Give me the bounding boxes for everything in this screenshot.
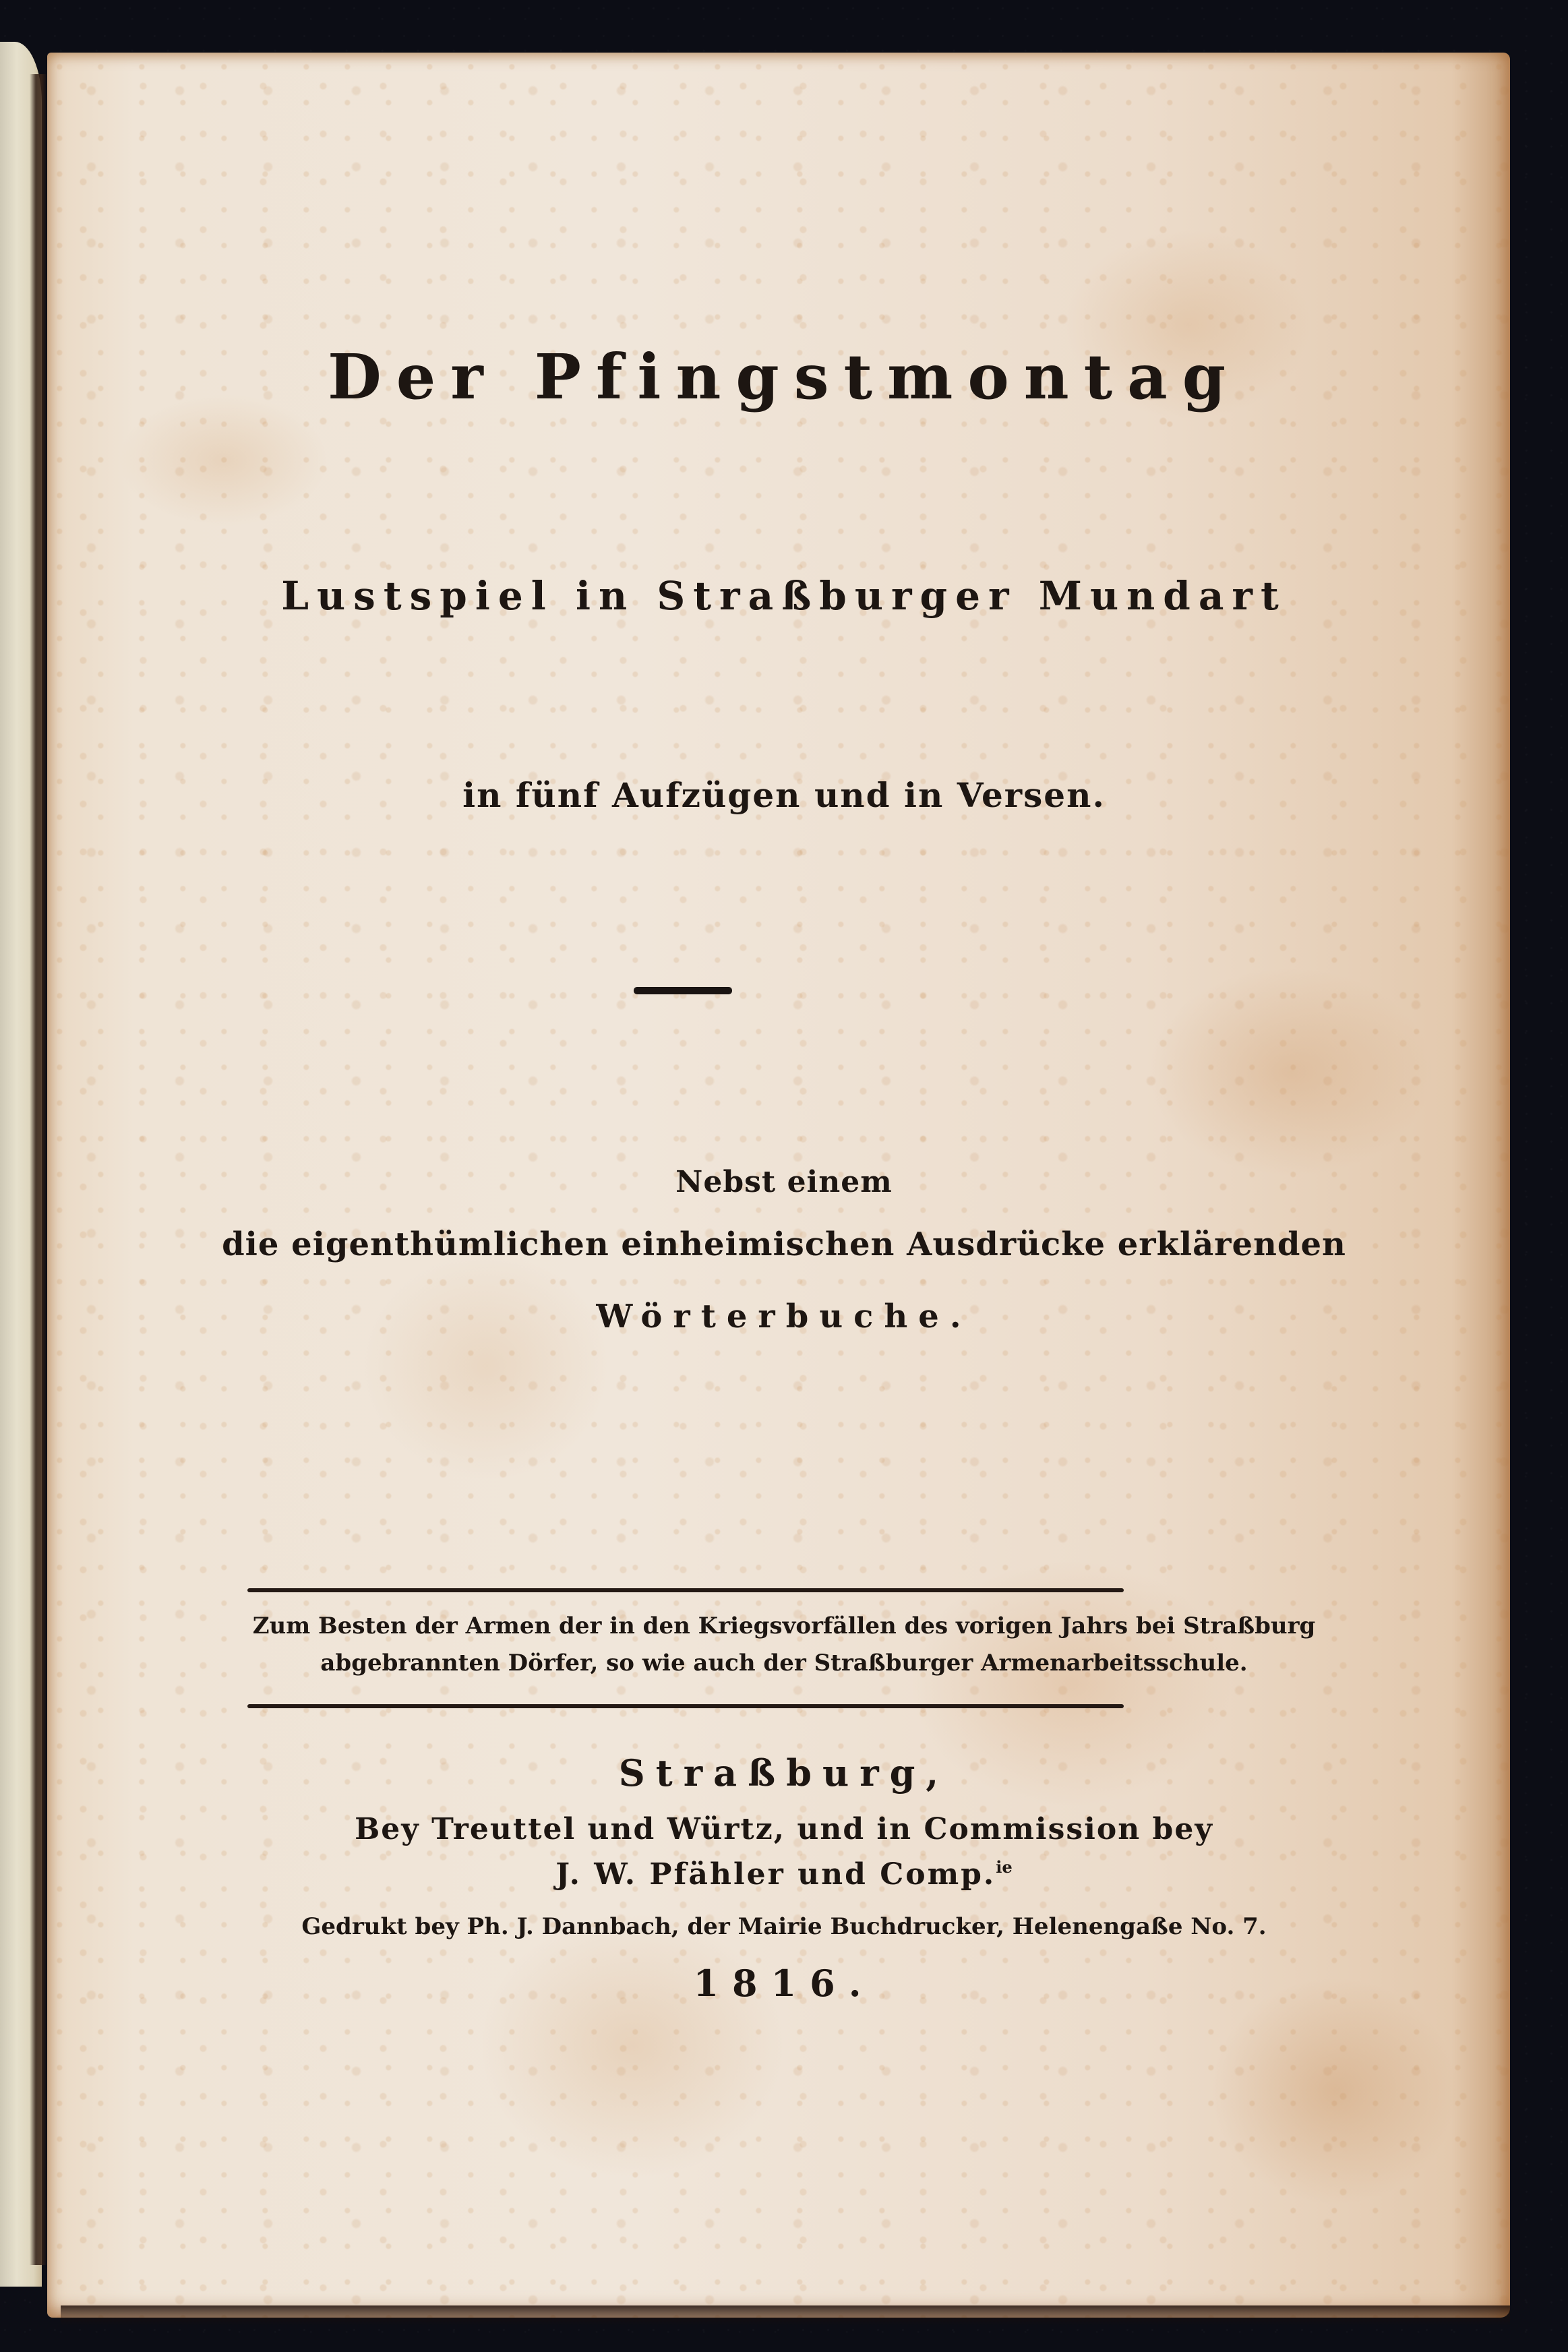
benefit-notice-line-2: abgebrannten Dörfer, so wie auch der Str… (0, 1650, 1568, 1677)
imprint-place: Straßburg, (0, 1751, 1568, 1795)
supplement-intro: Nebst einem (0, 1165, 1568, 1199)
book-title: Der Pfingstmontag (0, 340, 1568, 413)
publisher-name: J. W. Pfähler und Comp. (555, 1857, 996, 1892)
benefit-notice-line-1: Zum Besten der Armen der in den Kriegsvo… (0, 1612, 1568, 1639)
supplement-dictionary-word: Wörterbuche. (0, 1298, 1568, 1335)
imprint-year: 1816. (0, 1962, 1568, 2005)
title-separator-rule (634, 987, 732, 994)
benefit-rule-bottom (247, 1704, 1124, 1708)
acts-line: in fünf Aufzügen und in Versen. (0, 775, 1568, 815)
page-bottom-shadow (61, 2305, 1510, 2326)
publisher-superscript: ie (996, 1857, 1013, 1877)
benefit-rule-top (247, 1588, 1124, 1592)
supplement-description: die eigenthümlichen einheimischen Ausdrü… (0, 1226, 1568, 1263)
imprint-printer: Gedrukt bey Ph. J. Dannbach, der Mairie … (0, 1913, 1568, 1940)
imprint-publisher-line-2: J. W. Pfähler und Comp.ie (0, 1857, 1568, 1892)
book-subtitle: Lustspiel in Straßburger Mundart (0, 573, 1568, 619)
imprint-publisher-line-1: Bey Treuttel und Würtz, und in Commissio… (0, 1812, 1568, 1846)
